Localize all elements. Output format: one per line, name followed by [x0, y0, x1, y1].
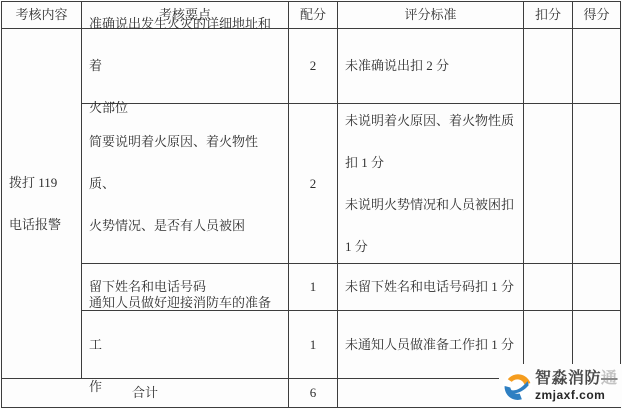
deduction-cell	[524, 29, 573, 104]
score-cell	[573, 264, 621, 311]
allocation-cell: 2	[289, 29, 338, 104]
category-cell: 拨打 119 电话报警	[2, 29, 82, 379]
total-criteria-cell	[338, 379, 524, 408]
col-header-criteria: 评分标准	[338, 2, 524, 29]
brand-suffix: 通	[601, 370, 618, 387]
watermark: 智淼消防通 zmjaxf.com	[499, 364, 621, 407]
point-cell: 通知人员做好迎接消防车的准备工 作	[82, 311, 289, 379]
total-label-cell: 合计	[2, 379, 289, 408]
score-cell	[573, 104, 621, 264]
table-row: 拨打 119 电话报警 准确说出发生火灾的详细地址和着 火部位 2 未准确说出扣…	[2, 29, 621, 104]
total-allocation-cell: 6	[289, 379, 338, 408]
deduction-cell	[524, 264, 573, 311]
point-cell: 简要说明着火原因、着火物性质、 火势情况、是否有人员被困	[82, 104, 289, 264]
criteria-cell: 未准确说出扣 2 分	[338, 29, 524, 104]
allocation-cell: 2	[289, 104, 338, 264]
brand-name: 智淼消防通	[535, 371, 618, 387]
criteria-cell: 未说明着火原因、着火物性质 扣 1 分 未说明火势情况和人员被困扣 1 分	[338, 104, 524, 264]
col-header-deduction: 扣分	[524, 2, 573, 29]
allocation-cell: 1	[289, 311, 338, 379]
document-page: 考核内容 考核要点 配分 评分标准 扣分 得分 拨打 119 电话报警 准确说出…	[0, 0, 622, 409]
watermark-text: 智淼消防通 zmjaxf.com	[535, 371, 618, 401]
criteria-cell: 未通知人员做准备工作扣 1 分	[338, 311, 524, 379]
col-header-allocation: 配分	[289, 2, 338, 29]
allocation-cell: 1	[289, 264, 338, 311]
assessment-table: 考核内容 考核要点 配分 评分标准 扣分 得分 拨打 119 电话报警 准确说出…	[1, 1, 621, 408]
point-cell: 准确说出发生火灾的详细地址和着 火部位	[82, 29, 289, 104]
col-header-content: 考核内容	[2, 2, 82, 29]
table-row: 简要说明着火原因、着火物性质、 火势情况、是否有人员被困 2 未说明着火原因、着…	[2, 104, 621, 264]
deduction-cell	[524, 104, 573, 264]
score-cell	[573, 29, 621, 104]
brand-logo-icon	[502, 370, 533, 401]
brand-url: zmjaxf.com	[535, 389, 618, 401]
criteria-cell: 未留下姓名和电话号码扣 1 分	[338, 264, 524, 311]
col-header-score: 得分	[573, 2, 621, 29]
